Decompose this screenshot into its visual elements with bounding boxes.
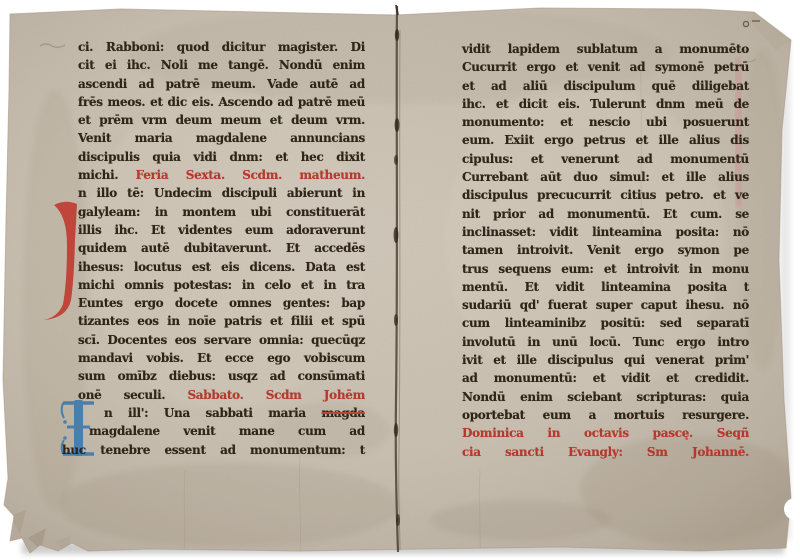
body-text: scī. Docentes eos servare omnia: quecūqz [78, 333, 365, 347]
body-text: trus sequens eum: et introivit in monu [462, 262, 749, 276]
text-line: Currebant aūt duo simul: et ille alius [462, 168, 749, 186]
text-line: ascendi ad patrē meum. Vade autē ad [78, 75, 365, 93]
text-line: ad monumentū: et vidit et credidit. [462, 369, 749, 387]
body-text: ascendi ad patrē meum. Vade autē ad [78, 77, 365, 91]
text-line: discipulus precucurrit citius petro. et … [462, 186, 749, 204]
text-line: monumento: et nescio ubi posuerunt [462, 113, 749, 131]
text-line: oportebat eum a mortuis resurgere. [462, 406, 749, 424]
text-line: sudariū qd' fuerat super caput ihesu. nō [462, 296, 749, 314]
body-text: magda [321, 406, 365, 420]
text-line: Dominica in octavis pascę. Seqñ [462, 424, 749, 442]
body-text: illis ihc. Et videntes eum adoraverunt [78, 223, 365, 237]
right-text-column: vidit lapidem sublatum a monumētoCucurri… [462, 40, 749, 461]
text-line: et ad aliū discipulum quē diligebat [462, 77, 749, 95]
body-text: cit ei ihc. Noli me tangē. Nondū enim [78, 58, 365, 72]
body-text: huc tenebre essent ad monumentum: t [62, 443, 365, 457]
text-line: ivit et ille discipulus qui venerat prim… [462, 351, 749, 369]
body-text: et ad aliū discipulum quē diligebat [462, 79, 749, 93]
text-line: n ill': Una sabbati maria magda [104, 404, 365, 422]
body-text: Nondū enim sciebant scripturas: quia [462, 390, 749, 404]
text-line: scī. Docentes eos servare omnia: quecūqz [78, 331, 365, 349]
body-text: michi. [78, 168, 136, 182]
body-text: et prēm vrm deum meum et deum vrm. [78, 113, 365, 127]
text-line: ci. Rabboni: quod dicitur magister. Di [78, 38, 365, 56]
text-line: huc tenebre essent ad monumentum: t [62, 441, 365, 459]
rubric-text: Feria Sexta. Scdm. matheum. [136, 168, 365, 182]
body-text: ihesus: locutus est eis dicens. Data est [78, 260, 365, 274]
body-text: tamen introivit. Venit ergo symon pe [462, 243, 749, 257]
text-line: et prēm vrm deum meum et deum vrm. [78, 111, 365, 129]
body-text: discipulis quia vidi dnm: et hec dixit [78, 150, 365, 164]
left-text-column: ci. Rabboni: quod dicitur magister. Dici… [78, 38, 365, 459]
body-text: ihc. et dicit eis. Tulerunt dnm meū de [462, 97, 749, 111]
manuscript-photo: ci. Rabboni: quod dicitur magister. Dici… [0, 0, 800, 560]
text-line: nit prior ad monumentū. Et cum. se [462, 205, 749, 223]
text-line: cia sancti Evangly: Sm Johannē. [462, 443, 749, 461]
body-text: n ill': Una sabbati maria [104, 406, 321, 420]
rubric-text: Sabbato. Scdm Johēm [187, 388, 365, 402]
body-text: michi omnis potestas: in celo et in tra [78, 278, 365, 292]
body-text: mandavi vobis. Et ecce ego vobiscum [78, 351, 365, 365]
text-line: Nondū enim sciebant scripturas: quia [462, 388, 749, 406]
text-line: ihesus: locutus est eis dicens. Data est [78, 258, 365, 276]
body-text: involutū in unū locū. Tunc ergo intro [462, 335, 749, 349]
text-line: sum omībz diebus: usqz ad consūmati [78, 367, 365, 385]
body-text: cipulus: et venerunt ad monumentū [462, 152, 749, 166]
body-text: n illo tē: Undecim discipuli abierunt in [78, 186, 365, 200]
text-line: frēs meos. et dic eis. Ascendo ad patrē … [78, 93, 365, 111]
body-text: ad monumentū: et vidit et credidit. [462, 371, 749, 385]
text-line: inclinasset: vidit linteamina posita: nō [462, 223, 749, 241]
body-text: sum omībz diebus: usqz ad consūmati [78, 369, 365, 383]
text-line: mentū. Et vidit linteamina posita t [462, 278, 749, 296]
text-line: cit ei ihc. Noli me tangē. Nondū enim [78, 56, 365, 74]
text-line: michi omnis potestas: in celo et in tra [78, 276, 365, 294]
text-line: mandavi vobis. Et ecce ego vobiscum [78, 349, 365, 367]
body-text: monumento: et nescio ubi posuerunt [462, 115, 749, 129]
body-text: Venit maria magdalene annuncians [78, 131, 365, 145]
text-line: eum. Exiit ergo petrus et ille alius dis [462, 131, 749, 149]
text-line: michi. Feria Sexta. Scdm. matheum. [78, 166, 365, 184]
body-text: mentū. Et vidit linteamina posita t [462, 280, 749, 294]
body-text: frēs meos. et dic eis. Ascendo ad patrē … [78, 95, 365, 109]
body-text: onē seculi. [78, 388, 187, 402]
text-line: tizantes eos in noīe patris et filii et … [78, 312, 365, 330]
rubric-text: Dominica in octavis pascę. Seqñ [462, 426, 749, 440]
body-text: nit prior ad monumentū. Et cum. se [462, 207, 749, 221]
body-text: tizantes eos in noīe patris et filii et … [78, 314, 365, 328]
body-text: ci. Rabboni: quod dicitur magister. Di [78, 40, 365, 54]
text-line: ihc. et dicit eis. Tulerunt dnm meū de [462, 95, 749, 113]
body-text: eum. Exiit ergo petrus et ille alius dis [462, 133, 749, 147]
text-line: discipulis quia vidi dnm: et hec dixit [78, 148, 365, 166]
text-line: n illo tē: Undecim discipuli abierunt in [78, 184, 365, 202]
text-line: magdalene venit mane cum ad [89, 422, 365, 440]
text-line: Cucurrit ergo et venit ad symonē petrū [462, 58, 749, 76]
body-text: oportebat eum a mortuis resurgere. [462, 408, 749, 422]
text-line: tamen introivit. Venit ergo symon pe [462, 241, 749, 259]
text-line: illis ihc. Et videntes eum adoraverunt [78, 221, 365, 239]
text-line: involutū in unū locū. Tunc ergo intro [462, 333, 749, 351]
text-line: cipulus: et venerunt ad monumentū [462, 150, 749, 168]
body-text: galyleam: in montem ubi constituerāt [78, 205, 365, 219]
text-line: Venit maria magdalene annuncians [78, 129, 365, 147]
body-text: quidem autē dubitaverunt. Et accedēs [78, 241, 365, 255]
body-text: Euntes ergo docete omnes gentes: bap [78, 296, 365, 310]
text-line: quidem autē dubitaverunt. Et accedēs [78, 239, 365, 257]
body-text: vidit lapidem sublatum a monumēto [462, 42, 749, 56]
text-line: onē seculi. Sabbato. Scdm Johēm [78, 386, 365, 404]
text-line: vidit lapidem sublatum a monumēto [462, 40, 749, 58]
body-text: sudariū qd' fuerat super caput ihesu. nō [462, 298, 749, 312]
body-text: discipulus precucurrit citius petro. et … [462, 188, 749, 202]
body-text: cum linteaminibz positū: sed separatī [462, 316, 749, 330]
text-line: trus sequens eum: et introivit in monu [462, 260, 749, 278]
text-line: cum linteaminibz positū: sed separatī [462, 314, 749, 332]
body-text: magdalene venit mane cum ad [89, 424, 365, 438]
text-line: galyleam: in montem ubi constituerāt [78, 203, 365, 221]
body-text: inclinasset: vidit linteamina posita: nō [462, 225, 749, 239]
body-text: Cucurrit ergo et venit ad symonē petrū [462, 60, 749, 74]
body-text: Currebant aūt duo simul: et ille alius [462, 170, 749, 184]
text-line: Euntes ergo docete omnes gentes: bap [78, 294, 365, 312]
body-text: ivit et ille discipulus qui venerat prim… [462, 353, 749, 367]
rubric-text: cia sancti Evangly: Sm Johannē. [462, 445, 749, 459]
